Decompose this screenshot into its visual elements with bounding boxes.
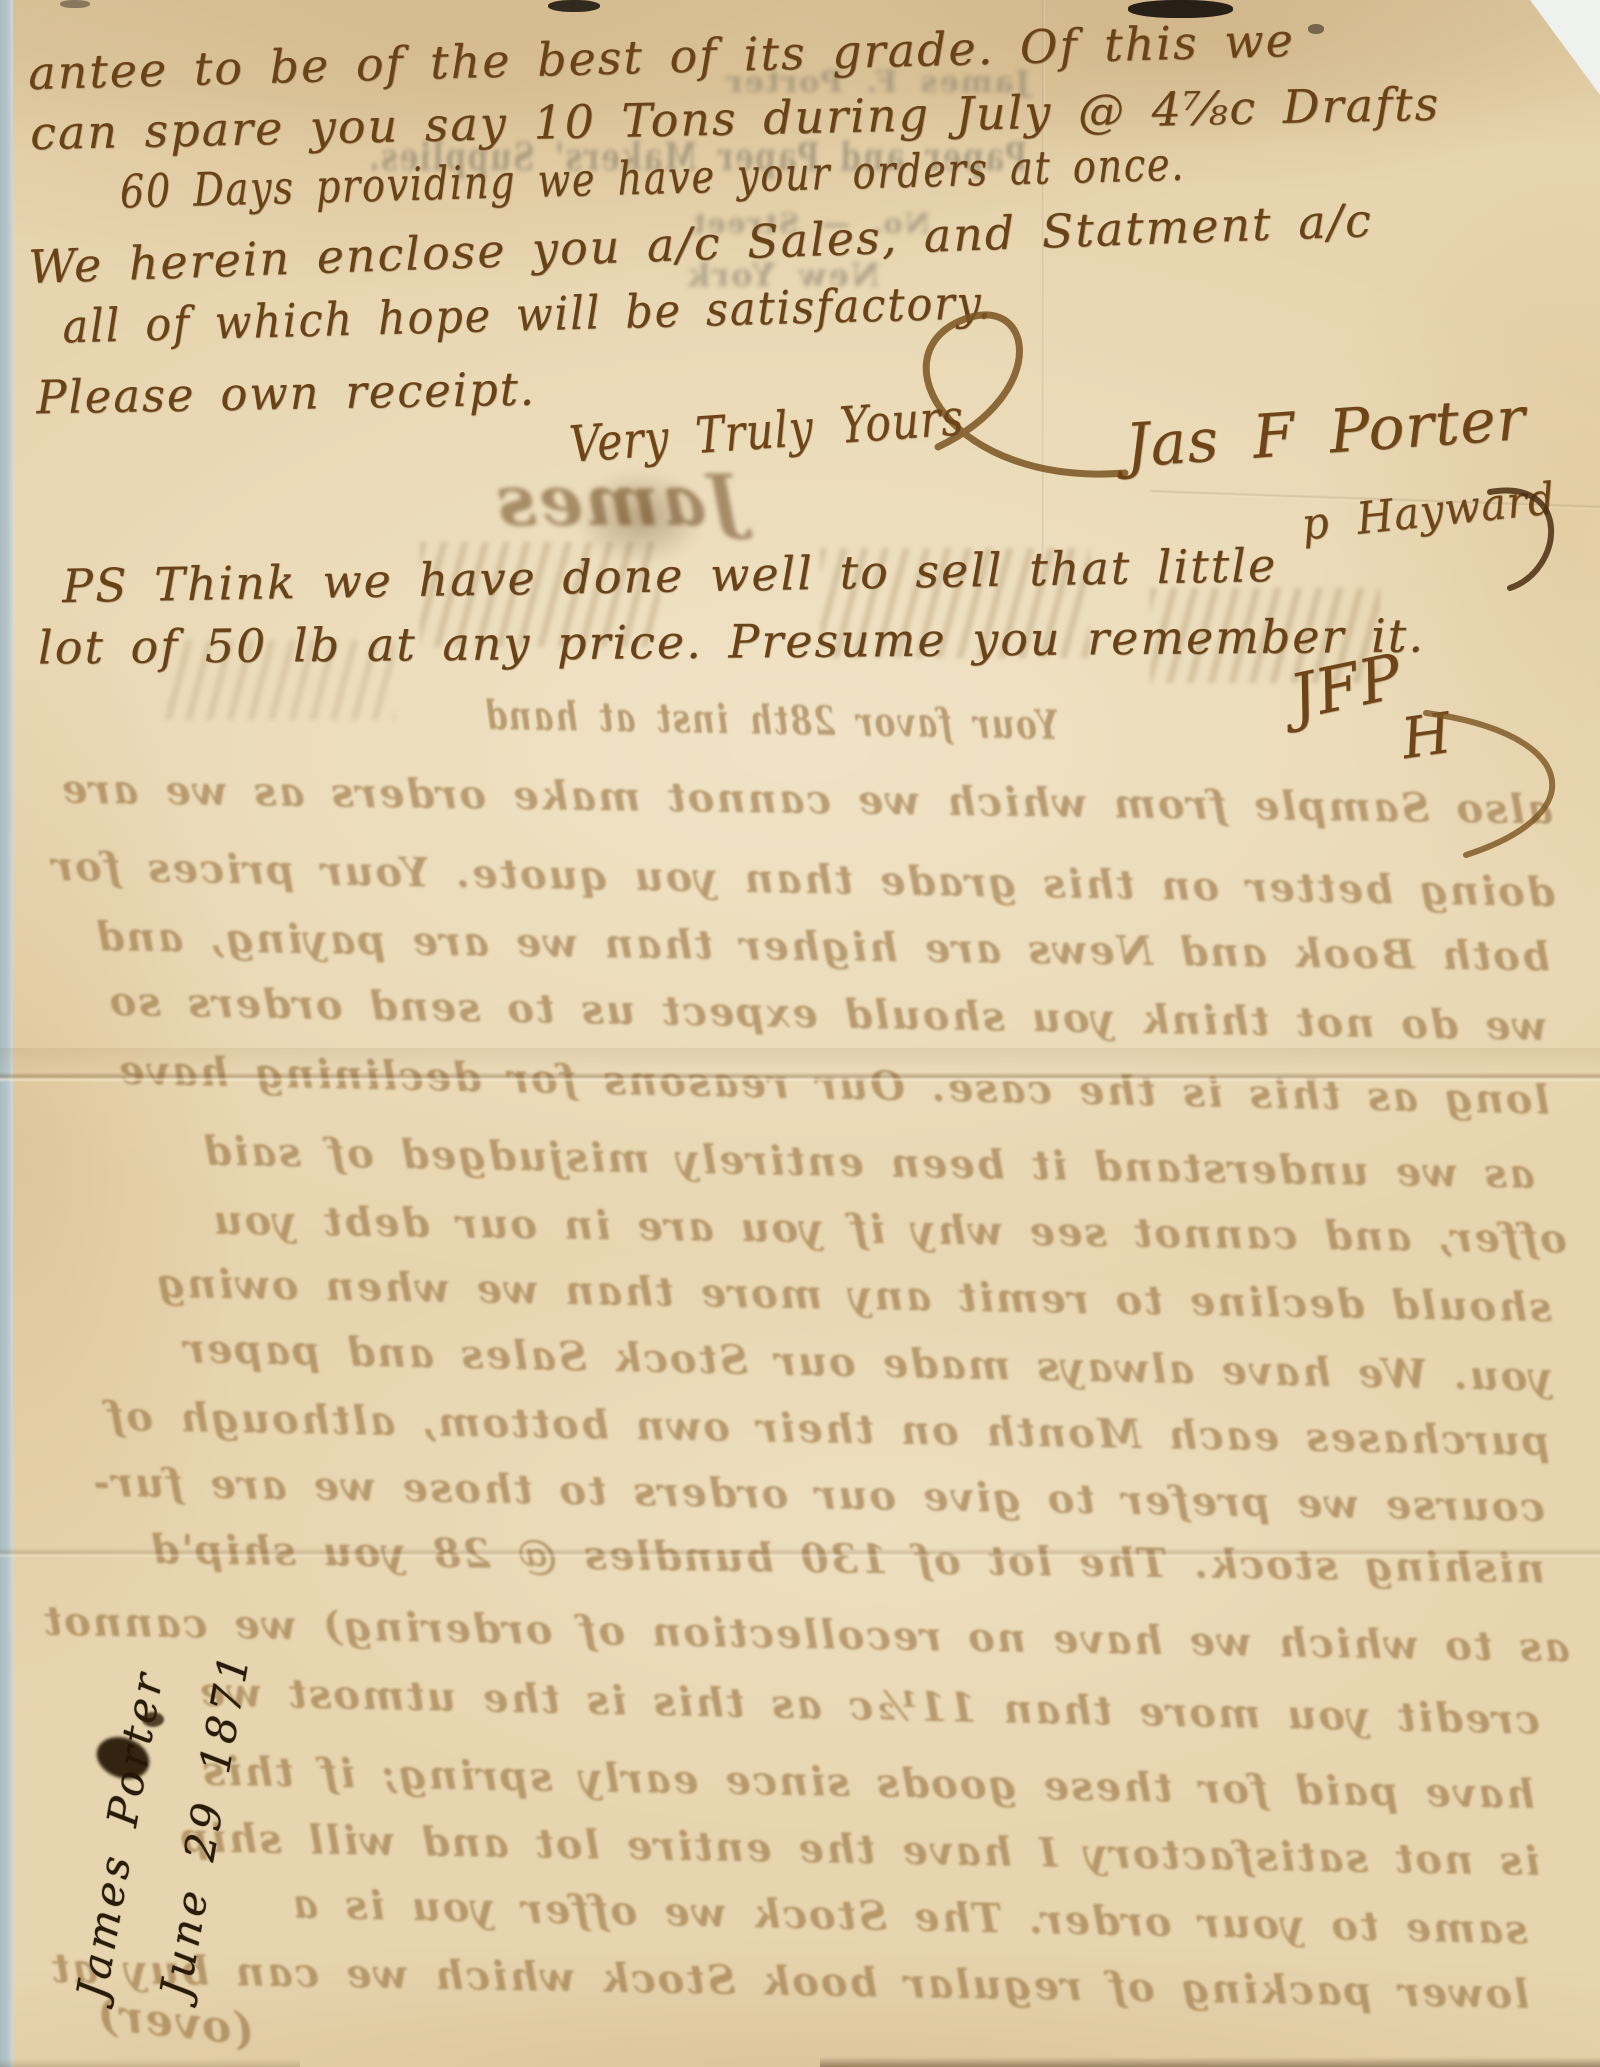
fold-crease [0, 1548, 1600, 1558]
ink-blot-small [142, 1712, 164, 1727]
signature-flourish [820, 295, 1140, 485]
initials-flourish [1408, 705, 1600, 865]
scanned-letter: James F. Porter Paper and Paper Makers' … [0, 0, 1600, 2067]
edge-mark [548, 0, 600, 12]
paper-bottom-edge [820, 2057, 1600, 2067]
fold-crease-shadow [0, 1048, 1600, 1074]
bleedthrough-line: Your favor 28th inst at hand [606, 696, 1058, 749]
paper-bottom-edge [0, 2059, 300, 2067]
letter-line: Please own receipt. [36, 364, 524, 424]
edge-mark [1128, 0, 1233, 18]
edge-mark [1308, 24, 1324, 34]
edge-mark [60, 0, 90, 8]
scanner-edge-strip [0, 0, 13, 2067]
